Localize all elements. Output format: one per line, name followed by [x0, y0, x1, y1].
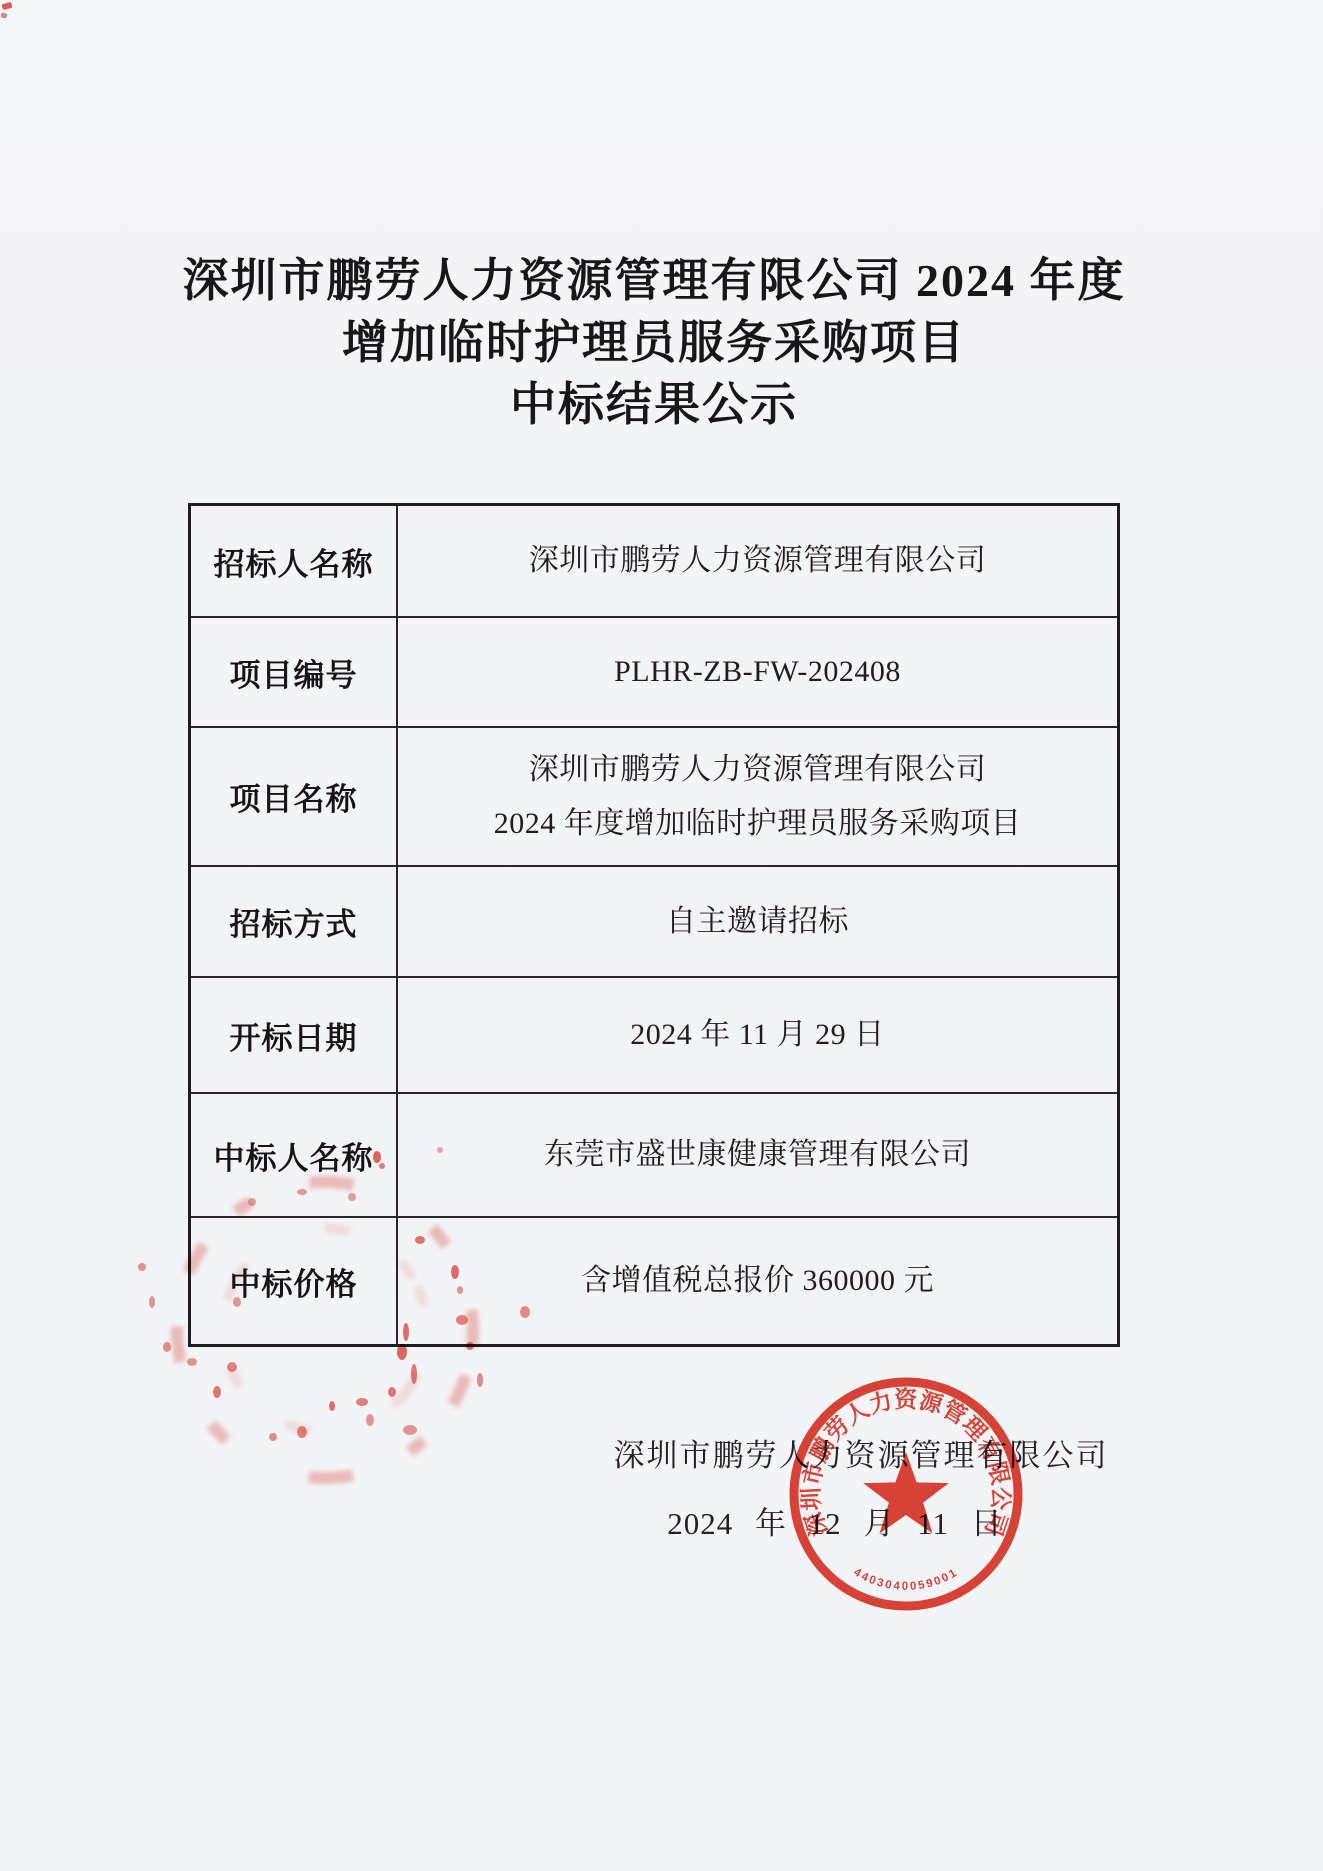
title-line-2: 增加临时护理员服务采购项目	[0, 312, 1308, 374]
row-value-line: 深圳市鹏劳人力资源管理有限公司	[529, 743, 987, 797]
title-line-3: 中标结果公示	[0, 374, 1308, 436]
table-row: 招标方式 自主邀请招标	[191, 867, 1117, 978]
row-value-line: 2024 年度增加临时护理员服务采购项目	[494, 797, 1022, 851]
smudge-graphic	[110, 990, 550, 1530]
smudge-inner-ring	[189, 1194, 460, 1465]
smudge-ring	[139, 1144, 512, 1517]
seal-code-text: 4403040059001	[851, 1566, 960, 1593]
seal-star-icon	[863, 1452, 949, 1533]
row-label: 招标方式	[191, 867, 398, 976]
table-row: 招标人名称 深圳市鹏劳人力资源管理有限公司	[191, 506, 1117, 618]
ink-speckles	[138, 1147, 530, 1441]
row-label: 项目编号	[191, 618, 398, 726]
corner-speck-graphic	[0, 0, 26, 28]
table-row: 项目编号 PLHR-ZB-FW-202408	[191, 618, 1117, 728]
seal-graphic: 深圳市鹏劳人力资源管理有限公司 4403040059001	[786, 1366, 1026, 1622]
table-row: 项目名称 深圳市鹏劳人力资源管理有限公司 2024 年度增加临时护理员服务采购项…	[191, 728, 1117, 867]
document-title: 深圳市鹏劳人力资源管理有限公司 2024 年度 增加临时护理员服务采购项目 中标…	[0, 250, 1308, 436]
title-line-1: 深圳市鹏劳人力资源管理有限公司 2024 年度	[0, 250, 1308, 312]
row-label: 项目名称	[191, 728, 398, 865]
row-label: 招标人名称	[191, 506, 398, 616]
company-seal-stamp: 深圳市鹏劳人力资源管理有限公司 4403040059001	[786, 1366, 1026, 1622]
faint-stamp-smudge	[110, 990, 550, 1530]
svg-text:4403040059001: 4403040059001	[851, 1566, 960, 1593]
row-value: 自主邀请招标	[398, 867, 1117, 976]
corner-ink-speck	[0, 0, 26, 28]
row-value: 深圳市鹏劳人力资源管理有限公司	[398, 506, 1117, 616]
row-value: PLHR-ZB-FW-202408	[398, 618, 1117, 726]
scanned-document-page: 深圳市鹏劳人力资源管理有限公司 2024 年度 增加临时护理员服务采购项目 中标…	[0, 0, 1323, 1871]
row-value: 深圳市鹏劳人力资源管理有限公司 2024 年度增加临时护理员服务采购项目	[398, 728, 1117, 865]
